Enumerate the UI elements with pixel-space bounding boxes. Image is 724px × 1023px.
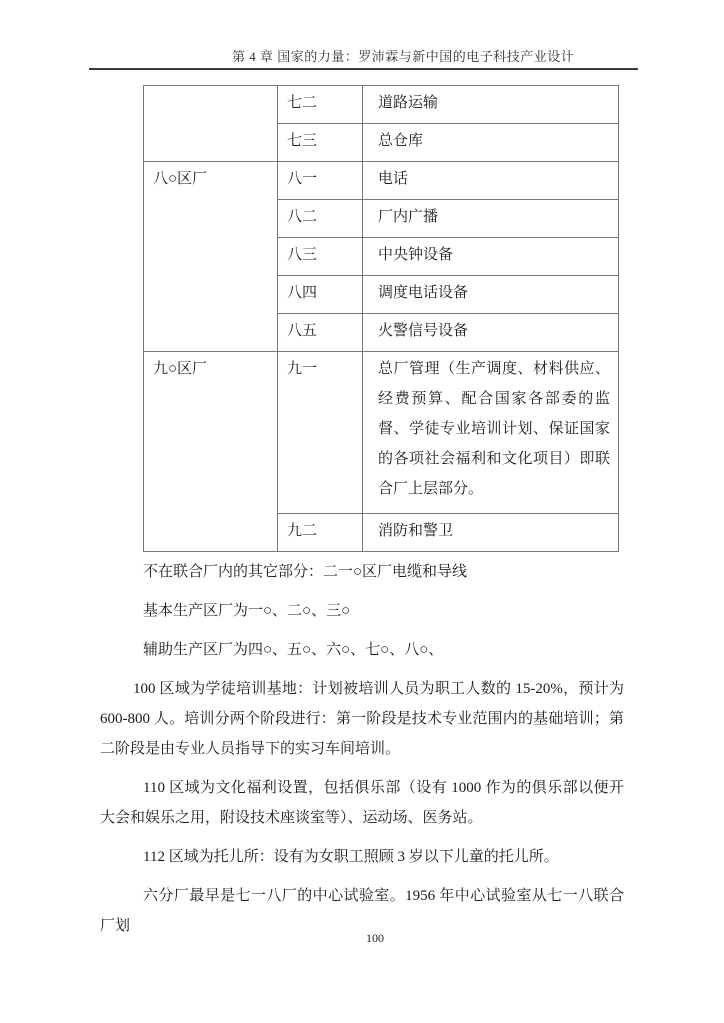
group-cell bbox=[144, 86, 278, 162]
desc-cell: 厂内广播 bbox=[363, 200, 619, 238]
running-header-title: 第 4 章 国家的力量：罗沛霖与新中国的电子科技产业设计 bbox=[232, 46, 574, 65]
body-paragraph: 100 区域为学徒培训基地：计划被培训人员为职工人数的 15-20%，预计为 6… bbox=[100, 674, 624, 764]
group-cell: 八○区厂 bbox=[144, 162, 278, 352]
desc-cell: 中央钟设备 bbox=[363, 238, 619, 276]
page-number: 100 bbox=[100, 931, 650, 946]
desc-cell: 消防和警卫 bbox=[363, 514, 619, 552]
body-paragraph: 112 区域为托儿所：设有为女职工照顾 3 岁以下儿童的托儿所。 bbox=[100, 842, 624, 872]
code-cell: 七三 bbox=[278, 124, 363, 162]
desc-cell: 道路运输 bbox=[363, 86, 619, 124]
body-paragraph: 不在联合厂内的其它部分：二一○区厂电缆和导线 bbox=[100, 557, 624, 587]
table-row: 八○区厂 八一 电话 bbox=[144, 162, 619, 200]
body-paragraph: 基本生产区厂为一○、二○、三○ bbox=[100, 596, 624, 626]
code-cell: 八二 bbox=[278, 200, 363, 238]
document-page: 第 4 章 国家的力量：罗沛霖与新中国的电子科技产业设计 七二 道路运输 七三 … bbox=[0, 0, 724, 1023]
code-cell: 八一 bbox=[278, 162, 363, 200]
table-row: 九○区厂 九一 总厂管理（生产调度、材料供应、经费预算、配合国家各部委的监督、学… bbox=[144, 352, 619, 514]
desc-cell: 电话 bbox=[363, 162, 619, 200]
code-cell: 八五 bbox=[278, 314, 363, 352]
code-cell: 七二 bbox=[278, 86, 363, 124]
factory-divisions-table: 七二 道路运输 七三 总仓库 八○区厂 八一 电话 八二 厂内广播 八三 中央钟… bbox=[143, 85, 619, 552]
desc-cell: 火警信号设备 bbox=[363, 314, 619, 352]
code-cell: 九二 bbox=[278, 514, 363, 552]
body-paragraph: 110 区域为文化福利设置，包括俱乐部（设有 1000 作为的俱乐部以便开大会和… bbox=[100, 773, 624, 833]
group-cell: 九○区厂 bbox=[144, 352, 278, 552]
body-text: 不在联合厂内的其它部分：二一○区厂电缆和导线 基本生产区厂为一○、二○、三○ 辅… bbox=[100, 553, 624, 950]
header-rule bbox=[89, 68, 638, 70]
body-paragraph: 辅助生产区厂为四○、五○、六○、七○、八○、 bbox=[100, 635, 624, 665]
desc-cell: 总仓库 bbox=[363, 124, 619, 162]
desc-cell: 调度电话设备 bbox=[363, 276, 619, 314]
code-cell: 八三 bbox=[278, 238, 363, 276]
code-cell: 八四 bbox=[278, 276, 363, 314]
table-row: 七二 道路运输 bbox=[144, 86, 619, 124]
code-cell: 九一 bbox=[278, 352, 363, 514]
desc-cell: 总厂管理（生产调度、材料供应、经费预算、配合国家各部委的监督、学徒专业培训计划、… bbox=[363, 352, 619, 514]
